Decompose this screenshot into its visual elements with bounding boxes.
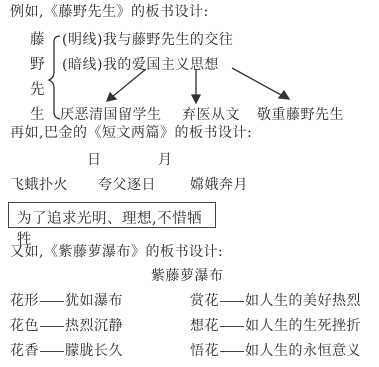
left-row-2: 花色热烈沉静 (10, 318, 123, 334)
dash-line (220, 301, 244, 302)
outcome-2: 弃医从文 (182, 107, 240, 123)
example3-title: 紫藤萝瀑布 (151, 268, 224, 284)
right-row-2-value: 如人生的生死挫折 (245, 318, 361, 334)
title-moon: 月 (158, 152, 173, 168)
left-row-2-value: 热烈沉静 (65, 318, 123, 334)
dash-line (40, 301, 64, 302)
right-row-3-key: 悟花 (190, 343, 219, 359)
right-row-2-key: 想花 (190, 318, 219, 334)
title-char-2: 野 (30, 57, 45, 73)
implicit-line-text: (暗线)我的爱国主义思想 (62, 57, 219, 73)
myth-2: 夸父逐日 (98, 177, 156, 193)
dash-line (220, 326, 244, 327)
title-char-4: 生 (30, 107, 45, 123)
myth-1: 飞蛾扑火 (10, 177, 68, 193)
myth-3: 嫦娥奔月 (190, 177, 248, 193)
right-row-1-value: 如人生的美好热烈 (245, 293, 361, 309)
dash-line (40, 326, 64, 327)
right-row-1: 赏花如人生的美好热烈 (190, 293, 361, 309)
right-row-2: 想花如人生的生死挫折 (190, 318, 361, 334)
left-row-3-key: 花香 (10, 343, 39, 359)
example2-heading: 再如,巴金的《短文两篇》的板书设计: (10, 125, 252, 141)
explicit-line-text: (明线)我与藤野先生的交往 (62, 32, 233, 48)
left-row-1-value: 犹如瀑布 (65, 293, 123, 309)
left-row-1-key: 花形 (10, 293, 39, 309)
left-row-3: 花香朦胧长久 (10, 343, 123, 359)
title-char-3: 先 (30, 82, 45, 98)
title-sun: 日 (87, 152, 102, 168)
right-row-3: 悟花如人生的永恒意义 (190, 343, 361, 359)
right-row-3-value: 如人生的永恒意义 (245, 343, 361, 359)
example3-heading: 又如,《紫藤萝瀑布》的板书设计: (10, 244, 223, 260)
brace-icon (49, 36, 60, 119)
outcome-1: 厌恶清国留学生 (60, 107, 162, 123)
left-row-3-value: 朦胧长久 (65, 343, 123, 359)
arrow-icons (107, 68, 289, 103)
left-row-1: 花形犹如瀑布 (10, 293, 123, 309)
title-char-1: 藤 (30, 32, 45, 48)
theme-box: 为了追求光明、理想,不惜牺牲 (8, 202, 216, 228)
right-row-1-key: 赏花 (190, 293, 219, 309)
theme-text: 为了追求光明、理想,不惜牺牲 (17, 207, 215, 249)
outcome-3: 敬重藤野先生 (257, 107, 344, 123)
dash-line (220, 351, 244, 352)
example1-heading: 例如,《藤野先生》的板书设计: (10, 4, 209, 20)
dash-line (40, 351, 64, 352)
left-row-2-key: 花色 (10, 318, 39, 334)
